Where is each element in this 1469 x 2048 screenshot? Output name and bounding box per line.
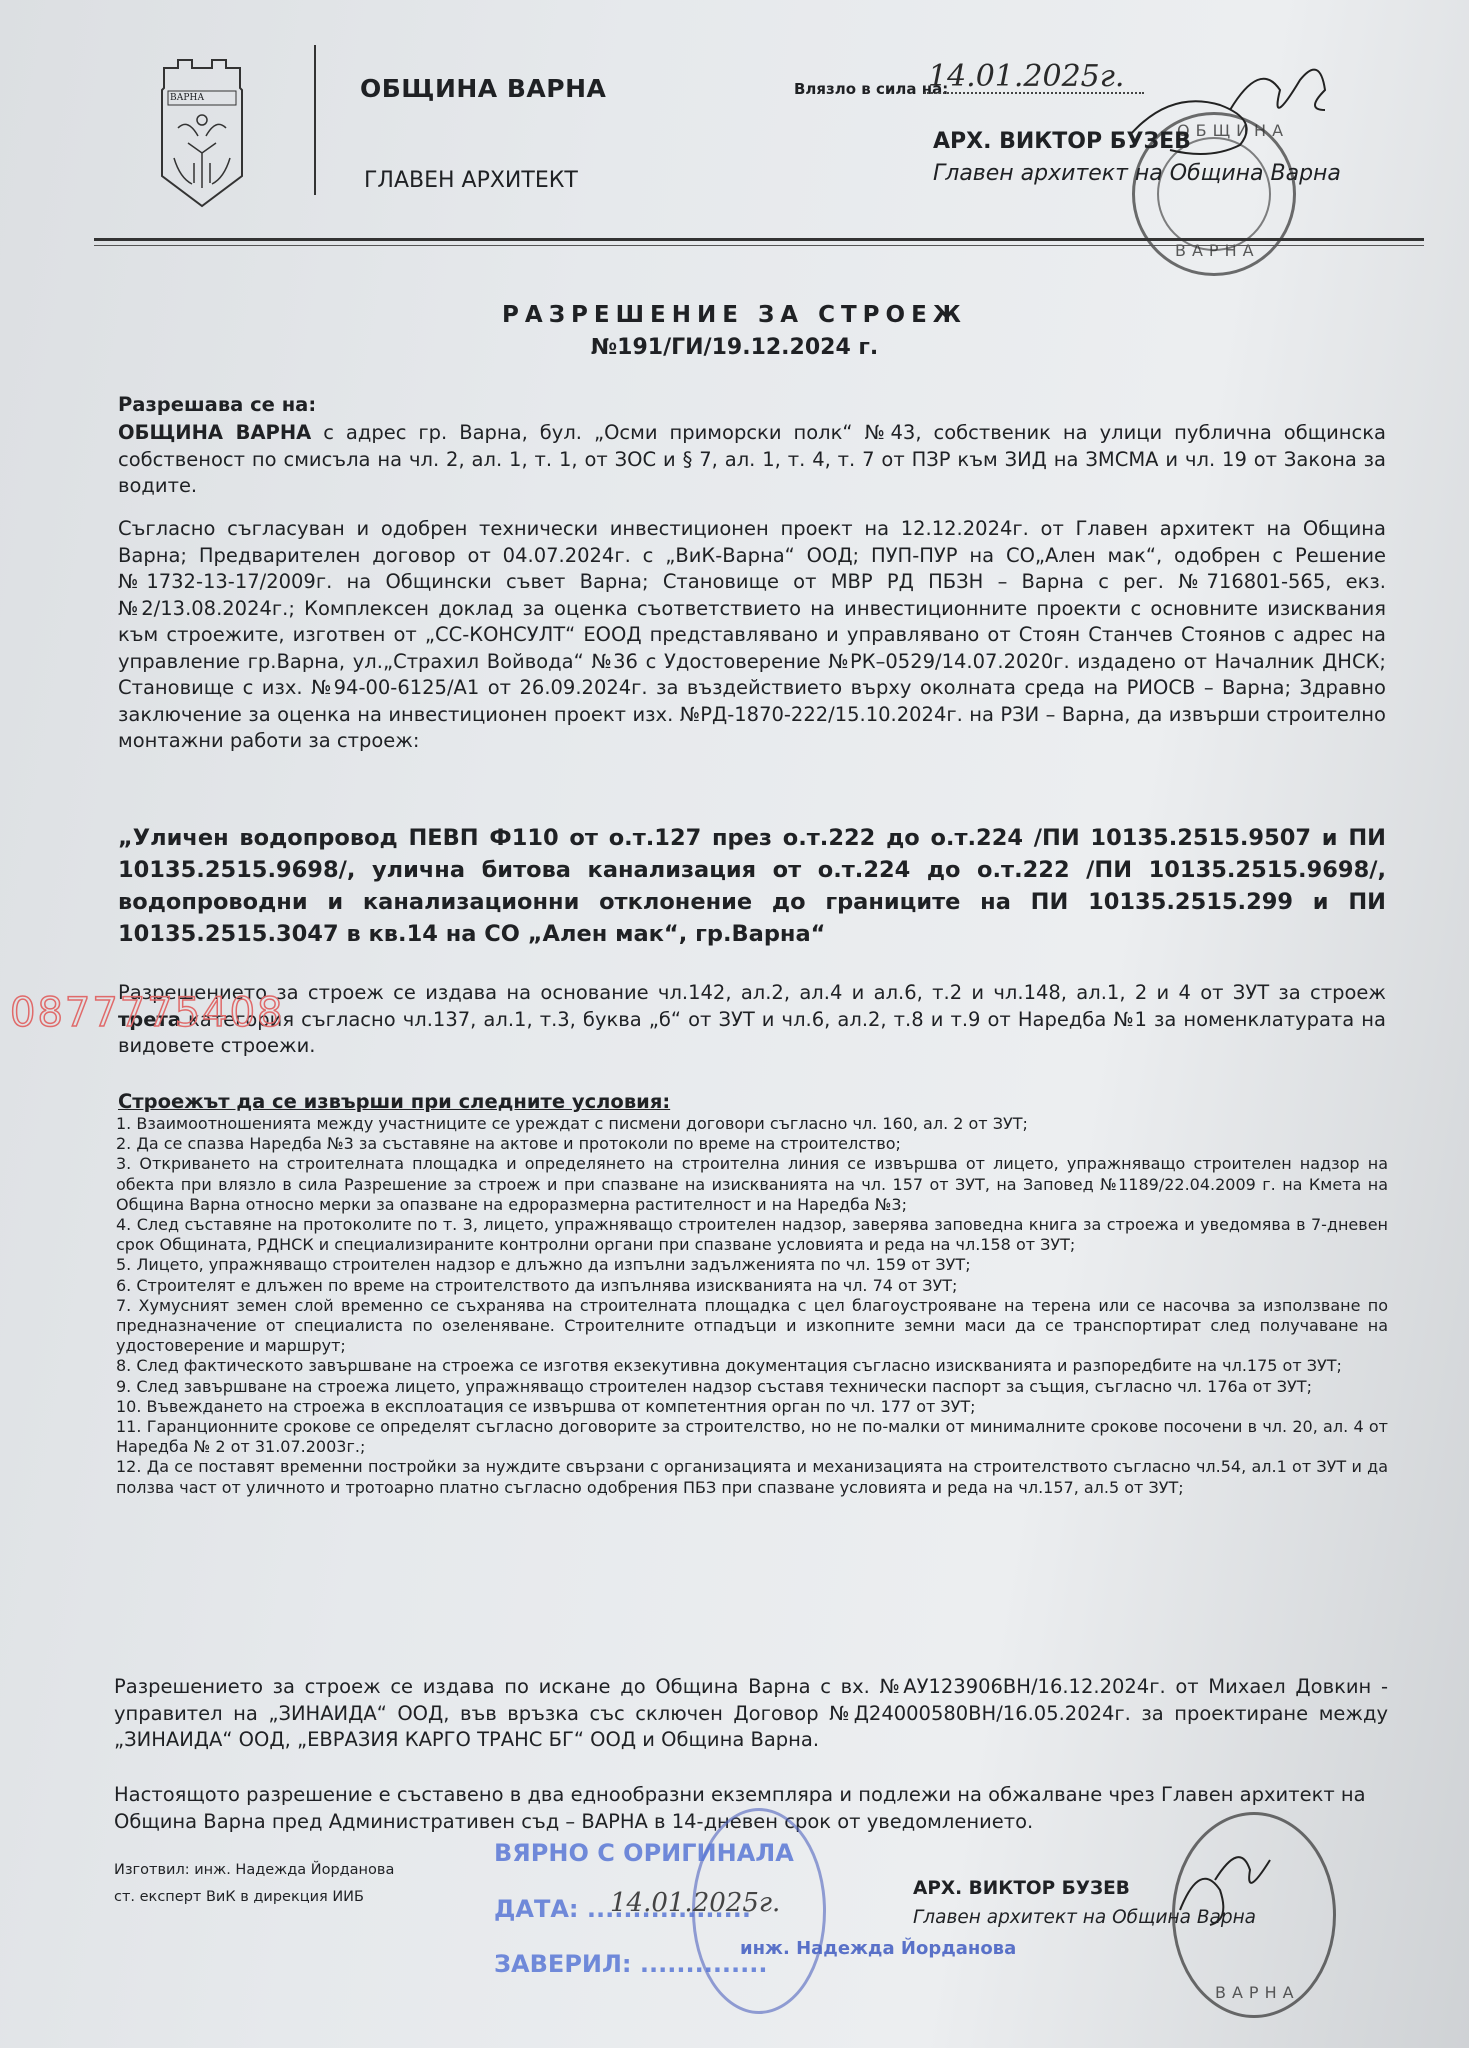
grantee-paragraph: ОБЩИНА ВАРНА с адрес гр. Варна, бул. „Ос… xyxy=(118,420,1386,500)
condition-item: 5. Лицето, упражняващо строителен надзор… xyxy=(116,1255,1388,1275)
condition-item: 7. Хумусният земен слой временно се съхр… xyxy=(116,1296,1388,1357)
permit-document: ВАРНА ОБЩИНА ВАРНА ГЛАВЕН АРХИТЕКТ Влязл… xyxy=(0,0,1469,2048)
condition-item: 1. Взаимоотношенията между участниците с… xyxy=(116,1114,1388,1134)
signer-role-bottom: Главен архитект на Община Варна xyxy=(913,1907,1256,1928)
header-divider xyxy=(314,45,316,195)
condition-item: 4. След съставяне на протоколите по т. 3… xyxy=(116,1215,1388,1255)
certified-label: ЗАВЕРИЛ: .............. xyxy=(494,1950,768,1978)
document-title: РАЗРЕШЕНИЕ ЗА СТРОЕЖ xyxy=(0,302,1469,328)
header-rule-thin xyxy=(94,245,1424,246)
legal-basis-paragraph: Разрешението за строеж се издава на осно… xyxy=(118,980,1386,1060)
org-department: ГЛАВЕН АРХИТЕКТ xyxy=(364,168,578,193)
conditions-title: Строежът да се извърши при следните усло… xyxy=(118,1090,670,1113)
condition-item: 8. След фактическото завършване на строе… xyxy=(116,1356,1388,1376)
true-copy-label: ВЯРНО С ОРИГИНАЛА xyxy=(494,1839,794,1867)
construction-object: „Уличен водопровод ПЕВП Ф110 от о.т.127 … xyxy=(118,822,1386,950)
conditions-list: 1. Взаимоотношенията между участниците с… xyxy=(116,1114,1388,1498)
grantee-name: ОБЩИНА ВАРНА xyxy=(118,421,311,444)
varna-crest-icon xyxy=(158,58,246,208)
prepared-by: Изготвил: инж. Надежда Йорданова xyxy=(114,1862,394,1878)
stamp-bottom-text: ВАРНА xyxy=(1175,241,1260,260)
grant-label: Разрешава се на: xyxy=(118,392,1386,419)
condition-item: 11. Гаранционните срокове се определят с… xyxy=(116,1417,1388,1457)
condition-item: 10. Въвеждането на строежа в експлоатаци… xyxy=(116,1397,1388,1417)
condition-item: 2. Да се спазва Наредба №3 за съставяне … xyxy=(116,1134,1388,1154)
header-rule xyxy=(94,238,1424,241)
condition-item: 9. След завършване на строежа лицето, уп… xyxy=(116,1377,1388,1397)
legal-text-1: Разрешението за строеж се издава на осно… xyxy=(118,981,1386,1004)
legal-text-2: категория съгласно чл.137, ал.1, т.3, бу… xyxy=(118,1008,1386,1058)
prepared-role: ст. експерт ВиК в дирекция ИИБ xyxy=(114,1889,364,1905)
document-number: №191/ГИ/19.12.2024 г. xyxy=(0,335,1469,360)
phone-watermark: 0877775408 xyxy=(10,990,285,1036)
stamp-bottom-text: ВАРНА xyxy=(1215,1983,1300,2002)
signer-name-bottom: АРХ. ВИКТОР БУЗЕВ xyxy=(913,1878,1130,1899)
crest-label: ВАРНА xyxy=(170,93,204,103)
certification-date: 14.01.2025г. xyxy=(610,1888,780,1918)
request-paragraph: Разрешението за строеж се издава по иска… xyxy=(114,1674,1388,1754)
certified-name: инж. Надежда Йорданова xyxy=(740,1938,1016,1959)
basis-paragraph: Съгласно съгласуван и одобрен технически… xyxy=(118,516,1386,755)
condition-item: 6. Строителят е длъжен по време на строи… xyxy=(116,1276,1388,1296)
condition-item: 12. Да се поставят временни постройки за… xyxy=(116,1457,1388,1497)
org-name: ОБЩИНА ВАРНА xyxy=(360,74,606,103)
signer-name-top: АРХ. ВИКТОР БУЗЕВ xyxy=(933,129,1191,154)
signer-role-top: Главен архитект на Община Варна xyxy=(933,161,1341,186)
condition-item: 3. Откриването на строителната площадка … xyxy=(116,1154,1388,1215)
